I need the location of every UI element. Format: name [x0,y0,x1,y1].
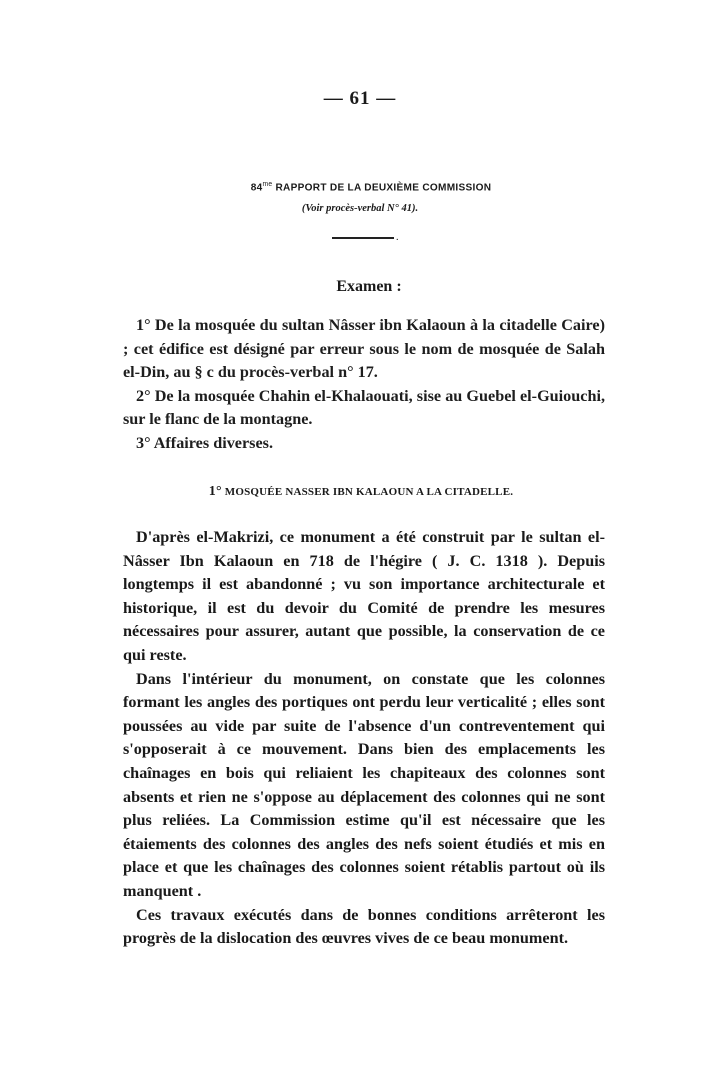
report-ordinal-suffix: me [262,181,272,188]
agenda-item: 2° De la mosquée Chahin el-Khalaouati, s… [123,385,605,432]
section-number: 1° [209,484,222,499]
document-page: — 61 — 84me RAPPORT DE LA DEUXIÈME COMMI… [0,0,720,1082]
report-title-text: RAPPORT DE LA DEUXIÈME COMMISSION [272,182,491,194]
page-number: — 61 — [0,88,720,110]
section-body: D'après el-Makrizi, ce monument a été co… [123,526,605,951]
paragraph: Ces travaux exécutés dans de bonnes cond… [123,904,605,951]
agenda-list: 1° De la mosquée du sultan Nâsser ibn Ka… [123,314,605,456]
section-heading: 1° MOSQUÉE NASSER IBN KALAOUN A LA CITAD… [0,484,720,500]
report-subtitle: (Voir procès-verbal N° 41). [0,203,720,214]
agenda-item: 1° De la mosquée du sultan Nâsser ibn Ka… [123,314,605,385]
agenda-item: 3° Affaires diverses. [123,432,605,456]
paragraph: Dans l'intérieur du monument, on constat… [123,668,605,904]
report-number: 84 [251,182,263,194]
paragraph: D'après el-Makrizi, ce monument a été co… [123,526,605,668]
separator-dot: . [396,232,399,243]
report-title: 84me RAPPORT DE LA DEUXIÈME COMMISSION [15,181,720,194]
separator-rule [332,237,394,239]
examen-heading: Examen : [0,278,720,296]
section-title: MOSQUÉE NASSER IBN KALAOUN A LA CITADELL… [222,486,513,498]
